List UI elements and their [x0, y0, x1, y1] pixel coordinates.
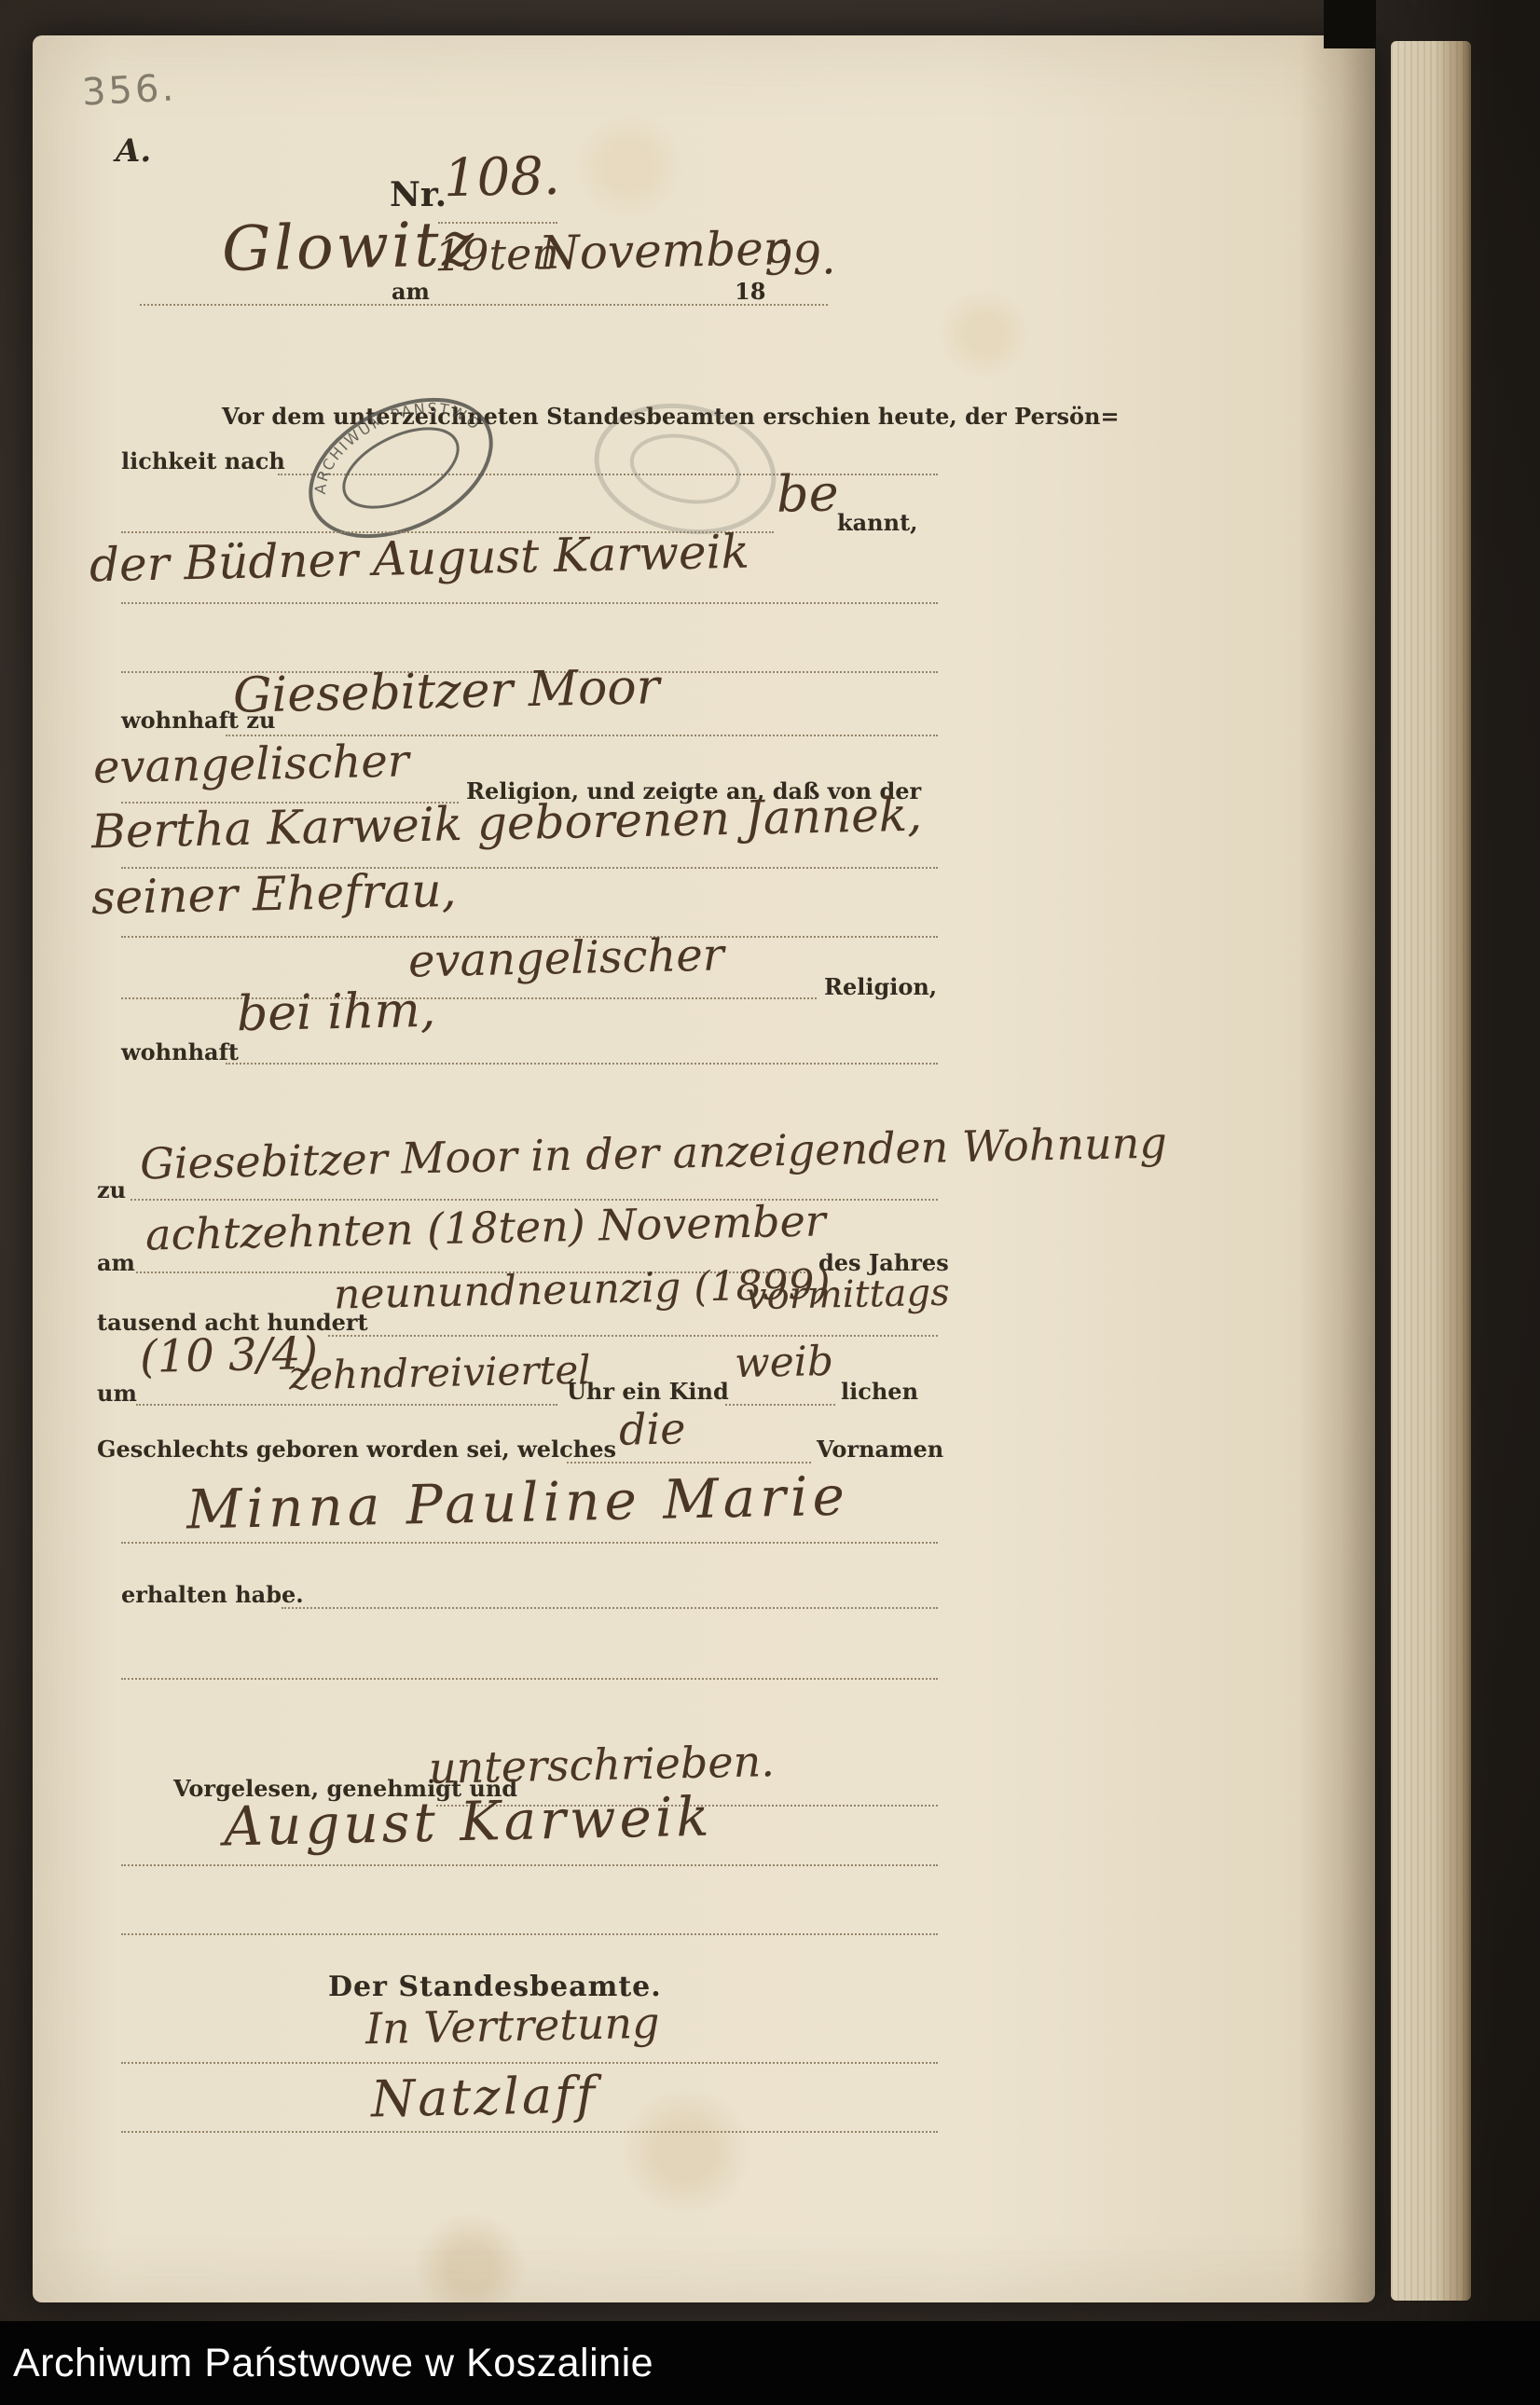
um-label: um: [97, 1380, 137, 1407]
record-month: November: [538, 221, 786, 281]
write-line: [328, 1335, 938, 1337]
write-line: [121, 2062, 938, 2064]
birth-daytime: vormittags: [746, 1271, 951, 1319]
die-hand: die: [618, 1403, 686, 1454]
form-letter: A.: [116, 132, 151, 170]
mother-relation: seiner Ehefrau,: [90, 863, 457, 925]
write-line: [140, 304, 828, 306]
printed-kannt: kannt,: [837, 509, 918, 536]
uhr-ein-kind-label: Uhr ein Kind: [567, 1378, 729, 1405]
mother-residence: bei ihm,: [236, 983, 435, 1042]
next-page-edge: [1391, 41, 1471, 2301]
write-line: [282, 1607, 938, 1609]
write-line: [121, 1678, 938, 1680]
write-line: [121, 997, 817, 999]
write-line: [121, 602, 938, 604]
record-number-value: 108.: [443, 146, 560, 210]
religion2-hand: evangelischer: [407, 928, 724, 987]
record-year: 99.: [763, 232, 835, 286]
intro-line-2: lichkeit nach: [121, 447, 285, 474]
vornamen-label: Vornamen: [817, 1436, 943, 1463]
archive-footer-bar: Archiwum Państwowe w Koszalinie: [0, 2321, 1540, 2405]
am-label: am: [392, 278, 430, 305]
registrar-signature: Natzlaff: [370, 2065, 598, 2128]
write-line: [725, 1404, 835, 1406]
deputy-note: In Vertretung: [364, 1998, 660, 2055]
zu-label: zu: [97, 1176, 126, 1203]
erhalten-habe-label: erhalten habe.: [121, 1581, 304, 1608]
write-line: [121, 1542, 938, 1544]
pencil-number: 356.: [81, 66, 177, 114]
declarant-residence: Giesebitzer Moor: [232, 659, 660, 724]
scanned-register-photo: 356. A. Nr. 108. Glowitz am 19ten Novemb…: [0, 0, 1540, 2405]
hand-be: be: [776, 463, 839, 523]
write-line: [121, 2131, 938, 2133]
write-line: [121, 1864, 938, 1866]
write-line: [567, 1462, 811, 1464]
declarant-signature: August Karweik: [223, 1785, 713, 1859]
am2-label: am: [97, 1249, 135, 1276]
lichen-label: lichen: [841, 1378, 918, 1405]
page-gap-shadow: [1324, 0, 1376, 48]
geschlechts-label: Geschlechts geboren worden sei, welches: [97, 1436, 616, 1463]
write-line: [136, 1404, 557, 1406]
write-line: [226, 1063, 938, 1065]
child-sex-hand: weib: [734, 1338, 833, 1387]
archive-footer-label: Archiwum Państwowe w Koszalinie: [0, 2341, 653, 2386]
religion-hand: evangelischer: [92, 735, 409, 793]
birth-time-words: zehndreiviertel: [289, 1347, 592, 1399]
printed-century: 18: [735, 278, 765, 305]
unterschrieben-hand: unterschrieben.: [428, 1736, 775, 1793]
page-edge-crease: [1301, 35, 1375, 2302]
wohnhaft-label: wohnhaft: [121, 1038, 239, 1065]
write-line: [121, 1933, 938, 1935]
religion2-printed: Religion,: [824, 973, 937, 1000]
